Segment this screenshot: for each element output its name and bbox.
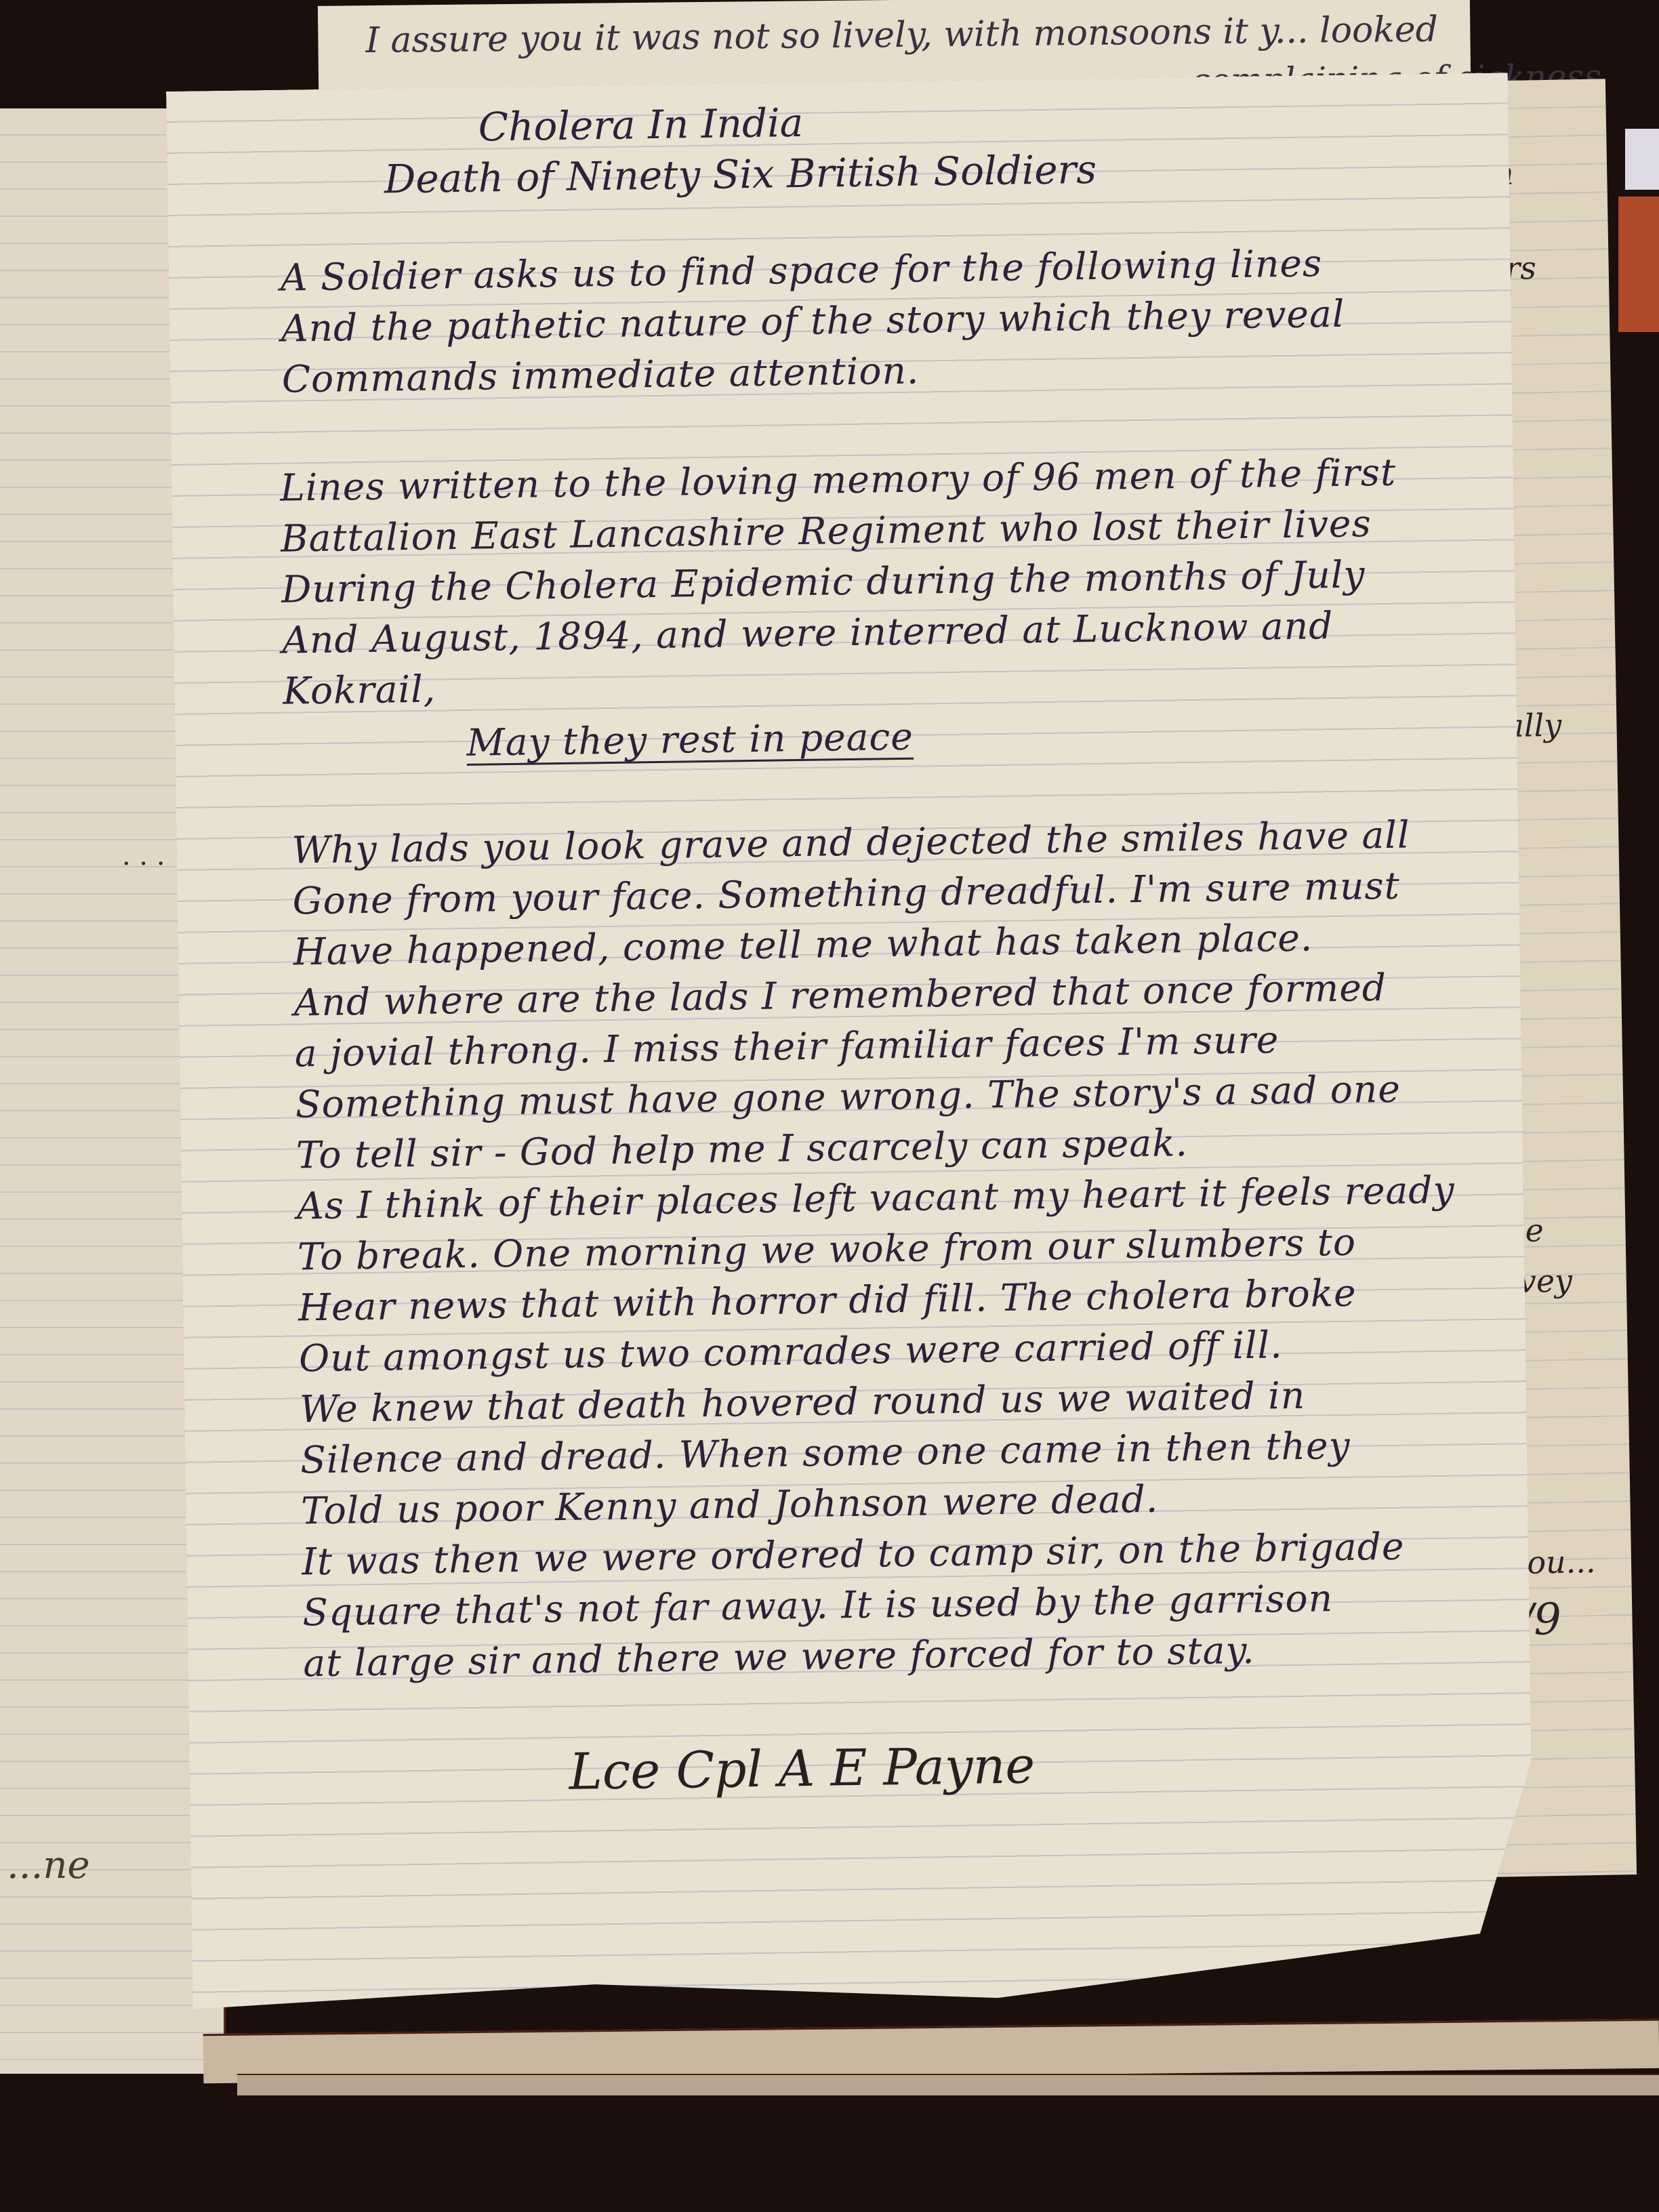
document-title: Cholera In India bbox=[478, 100, 803, 150]
poem-line: And where are the lads I remembered that… bbox=[293, 966, 1387, 1025]
poem-line: Square that's not far away. It is used b… bbox=[302, 1576, 1334, 1634]
intro-line: And the pathetic nature of the story whi… bbox=[281, 292, 1345, 350]
poem-line: As I think of their places left vacant m… bbox=[297, 1168, 1455, 1228]
poem-line: Have happened, come tell me what has tak… bbox=[293, 916, 1313, 973]
document-subtitle: Death of Ninety Six British Soldiers bbox=[384, 146, 1097, 203]
dedication-line: Battalion East Lancashire Regiment who l… bbox=[281, 501, 1372, 560]
dedication-line: Kokrail, bbox=[283, 668, 436, 713]
poem-line: Why lads you look grave and dejected the… bbox=[291, 813, 1410, 872]
poem-line: Gone from your face. Something dreadful.… bbox=[292, 864, 1400, 923]
intro-line: A Soldier asks us to find space for the … bbox=[280, 241, 1322, 299]
poem-line: To tell sir - God help me I scarcely can… bbox=[295, 1121, 1188, 1176]
poem-line: a jovial throng. I miss their familiar f… bbox=[294, 1018, 1279, 1075]
manuscript-page: Cholera In India Death of Ninety Six Bri… bbox=[166, 73, 1534, 2009]
dedication-line: And August, 1894, and were interred at L… bbox=[282, 604, 1334, 662]
intro-line: Commands immediate attention. bbox=[281, 349, 919, 401]
dedication-line: During the Cholera Epidemic during the m… bbox=[281, 552, 1366, 611]
background-card bbox=[1625, 129, 1659, 190]
poem-line: To break. One morning we woke from our s… bbox=[298, 1221, 1357, 1279]
left-page-fragment: ...ne bbox=[7, 1843, 90, 1887]
dedication-line: Lines written to the loving memory of 96… bbox=[280, 451, 1397, 510]
poem-line: Told us poor Kenny and Johnson were dead… bbox=[301, 1477, 1159, 1533]
poem-line: Hear news that with horror did fill. The… bbox=[298, 1271, 1357, 1330]
poem-line: Something must have gone wrong. The stor… bbox=[295, 1067, 1401, 1126]
poem-line: We knew that death hovered round us we w… bbox=[300, 1374, 1306, 1431]
poem-line: Out amongst us two comrades were carried… bbox=[299, 1323, 1283, 1380]
ink-dots: . . . bbox=[122, 840, 165, 872]
top-sheet-line-1: I assure you it was not so lively, with … bbox=[365, 9, 1438, 62]
red-folder-edge bbox=[1618, 197, 1659, 332]
poem-line: Silence and dread. When some one came in… bbox=[300, 1424, 1351, 1482]
signature: Lce Cpl A E Payne bbox=[569, 1736, 1036, 1801]
poem-line: It was then we were ordered to camp sir,… bbox=[302, 1525, 1405, 1584]
poem-line: at large sir and there we were forced fo… bbox=[303, 1629, 1255, 1685]
page-bottom-edge-lower bbox=[237, 2074, 1659, 2095]
blessing-line: May they rest in peace bbox=[466, 715, 914, 764]
